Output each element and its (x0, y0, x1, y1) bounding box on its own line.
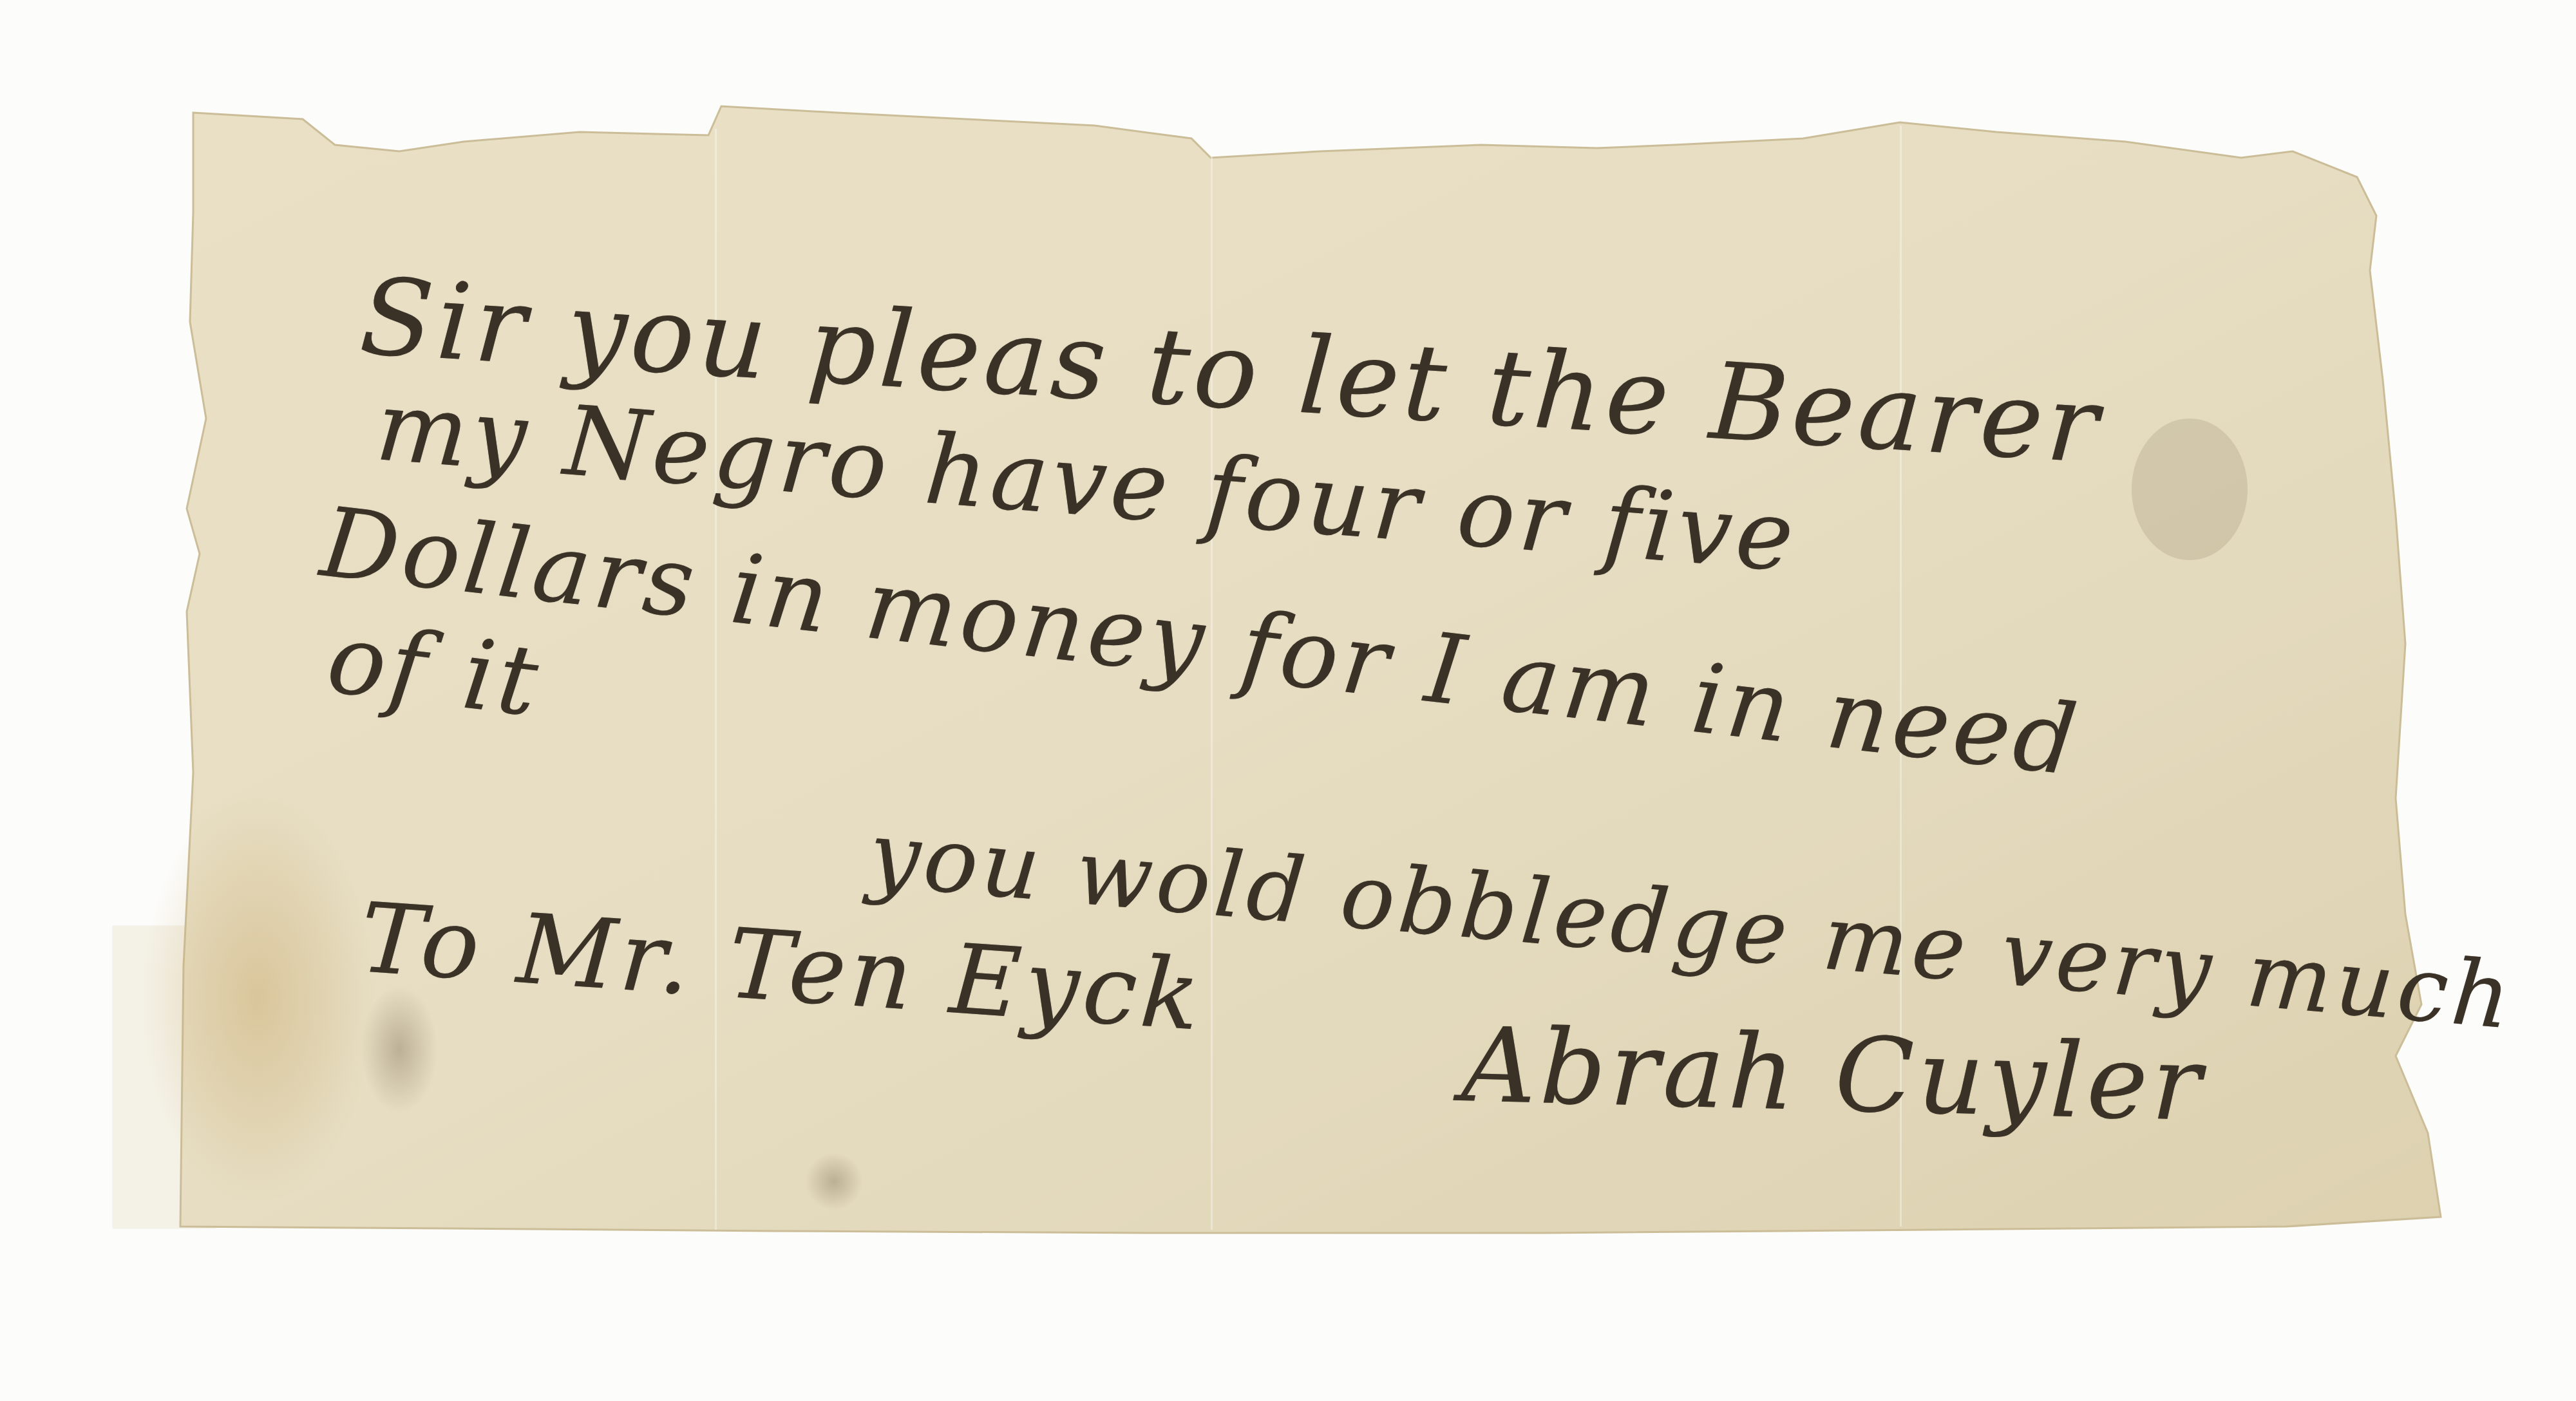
ink-smudge (361, 985, 438, 1114)
ink-smudge (805, 1152, 863, 1210)
signature: Abrah Cuyler (1461, 1004, 2206, 1144)
manuscript-page: Sir you pleas to let the Bearer my Negro… (0, 0, 2576, 1401)
